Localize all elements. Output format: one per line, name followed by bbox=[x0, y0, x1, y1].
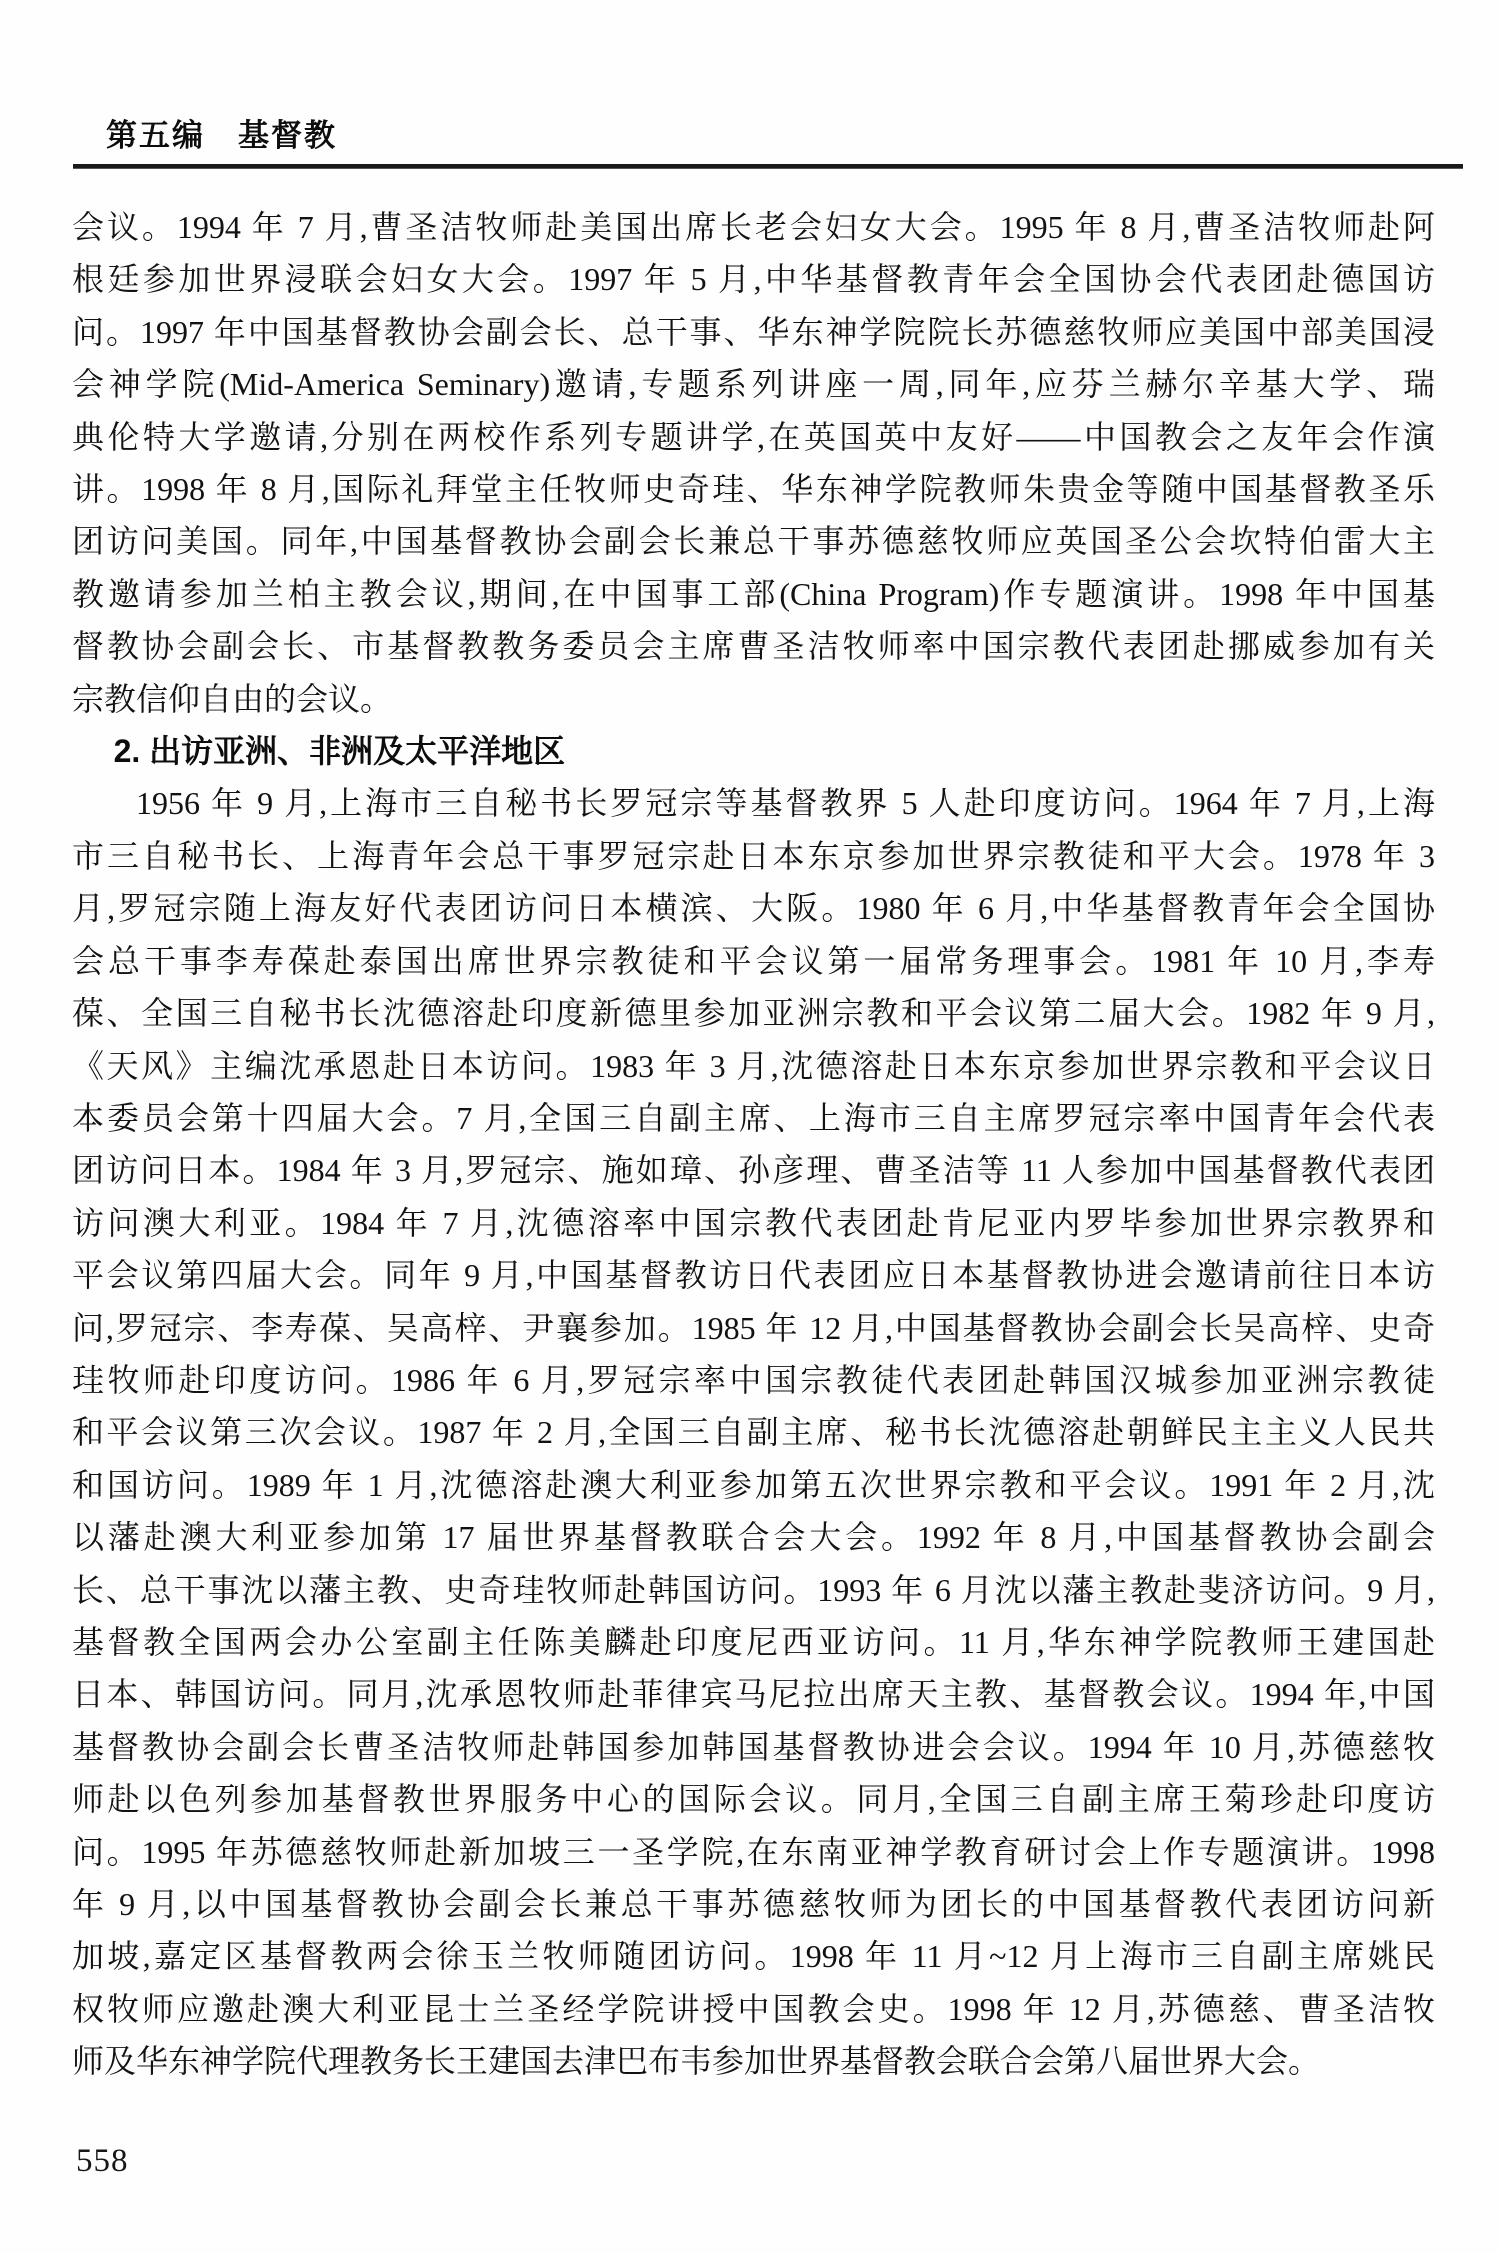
text-line: 问,罗冠宗、李寿葆、吴高梓、尹襄参加。1985 年 12 月,中国基督教协会副会… bbox=[72, 1302, 1435, 1354]
text-line: 和国访问。1989 年 1 月,沈德溶赴澳大利亚参加第五次世界宗教和平会议。19… bbox=[72, 1459, 1435, 1511]
text-line: 讲。1998 年 8 月,国际礼拜堂主任牧师史奇珪、华东神学院教师朱贵金等随中国… bbox=[72, 463, 1435, 515]
text-line: 督教协会副会长、市基督教教务委员会主席曹圣洁牧师率中国宗教代表团赴挪威参加有关 bbox=[72, 620, 1435, 672]
text-line: 本委员会第十四届大会。7 月,全国三自副主席、上海市三自主席罗冠宗率中国青年会代… bbox=[72, 1092, 1435, 1144]
text-line: 珪牧师赴印度访问。1986 年 6 月,罗冠宗率中国宗教徒代表团赴韩国汉城参加亚… bbox=[72, 1354, 1435, 1406]
text-line: 平会议第四届大会。同年 9 月,中国基督教访日代表团应日本基督教协进会邀请前往日… bbox=[72, 1249, 1435, 1301]
text-line: 师赴以色列参加基督教世界服务中心的国际会议。同月,全国三自副主席王菊珍赴印度访 bbox=[72, 1773, 1435, 1825]
text-line: 团访问美国。同年,中国基督教协会副会长兼总干事苏德慈牧师应英国圣公会坎特伯雷大主 bbox=[72, 515, 1435, 567]
text-line: 加坡,嘉定区基督教两会徐玉兰牧师随团访问。1998 年 11 月~12 月上海市… bbox=[72, 1930, 1435, 1982]
header-rule bbox=[73, 164, 1463, 169]
book-page: 第五编 基督教 会议。1994 年 7 月,曹圣洁牧师赴美国出席长老会妇女大会。… bbox=[0, 0, 1500, 2253]
text-line: 团访问日本。1984 年 3 月,罗冠宗、施如璋、孙彦理、曹圣洁等 11 人参加… bbox=[72, 1144, 1435, 1196]
text-line: 问。1997 年中国基督教协会副会长、总干事、华东神学院院长苏德慈牧师应美国中部… bbox=[72, 306, 1435, 358]
text-line: 日本、韩国访问。同月,沈承恩牧师赴菲律宾马尼拉出席天主教、基督教会议。1994 … bbox=[72, 1668, 1435, 1720]
text-line: 根廷参加世界浸联会妇女大会。1997 年 5 月,中华基督教青年会全国协会代表团… bbox=[72, 253, 1435, 305]
text-line: 基督教协会副会长曹圣洁牧师赴韩国参加韩国基督教协进会会议。1994 年 10 月… bbox=[72, 1721, 1435, 1773]
text-line: 和平会议第三次会议。1987 年 2 月,全国三自副主席、秘书长沈德溶赴朝鲜民主… bbox=[72, 1406, 1435, 1458]
text-line: 基督教全国两会办公室副主任陈美麟赴印度尼西亚访问。11 月,华东神学院教师王建国… bbox=[72, 1616, 1435, 1668]
page-number: 558 bbox=[76, 2143, 129, 2180]
text-line: 问。1995 年苏德慈牧师赴新加坡三一圣学院,在东南亚神学教育研讨会上作专题演讲… bbox=[72, 1826, 1435, 1878]
text-line: 师及华东神学院代理教务长王建国去津巴布韦参加世界基督教会联合会第八届世界大会。 bbox=[72, 2035, 1435, 2087]
text-line: 典伦特大学邀请,分别在两校作系列专题讲学,在英国英中友好——中国教会之友年会作演 bbox=[72, 411, 1435, 463]
text-line: 月,罗冠宗随上海友好代表团访问日本横滨、大阪。1980 年 6 月,中华基督教青… bbox=[72, 882, 1435, 934]
text-line: 会神学院(Mid-America Seminary)邀请,专题系列讲座一周,同年… bbox=[72, 358, 1435, 410]
text-line: 访问澳大利亚。1984 年 7 月,沈德溶率中国宗教代表团赴肯尼亚内罗毕参加世界… bbox=[72, 1197, 1435, 1249]
section-heading: 2. 出访亚洲、非洲及太平洋地区 bbox=[72, 725, 1435, 777]
paragraph-overseas-visits-asia-africa-pacific: 1956 年 9 月,上海市三自秘书长罗冠宗等基督教界 5 人赴印度访问。196… bbox=[72, 777, 1435, 2087]
text-line: 《天风》主编沈承恩赴日本访问。1983 年 3 月,沈德溶赴日本东京参加世界宗教… bbox=[72, 1040, 1435, 1092]
text-line: 会议。1994 年 7 月,曹圣洁牧师赴美国出席长老会妇女大会。1995 年 8… bbox=[72, 201, 1435, 253]
text-line: 会总干事李寿葆赴泰国出席世界宗教徒和平会议第一届常务理事会。1981 年 10 … bbox=[72, 935, 1435, 987]
text-line: 长、总干事沈以藩主教、史奇珪牧师赴韩国访问。1993 年 6 月沈以藩主教赴斐济… bbox=[72, 1564, 1435, 1616]
text-line: 1956 年 9 月,上海市三自秘书长罗冠宗等基督教界 5 人赴印度访问。196… bbox=[72, 777, 1435, 829]
text-line: 宗教信仰自由的会议。 bbox=[72, 673, 1435, 725]
text-line: 以藩赴澳大利亚参加第 17 届世界基督教联合会大会。1992 年 8 月,中国基… bbox=[72, 1511, 1435, 1563]
paragraph-overseas-visits-americas-europe: 会议。1994 年 7 月,曹圣洁牧师赴美国出席长老会妇女大会。1995 年 8… bbox=[72, 201, 1435, 725]
running-header: 第五编 基督教 bbox=[106, 110, 337, 155]
text-line: 市三自秘书长、上海青年会总干事罗冠宗赴日本东京参加世界宗教徒和平大会。1978 … bbox=[72, 830, 1435, 882]
text-line: 权牧师应邀赴澳大利亚昆士兰圣经学院讲授中国教会史。1998 年 12 月,苏德慈… bbox=[72, 1983, 1435, 2035]
body-text: 会议。1994 年 7 月,曹圣洁牧师赴美国出席长老会妇女大会。1995 年 8… bbox=[72, 201, 1435, 2088]
text-line: 教邀请参加兰柏主教会议,期间,在中国事工部(China Program)作专题演… bbox=[72, 568, 1435, 620]
text-line: 葆、全国三自秘书长沈德溶赴印度新德里参加亚洲宗教和平会议第二届大会。1982 年… bbox=[72, 987, 1435, 1039]
text-line: 年 9 月,以中国基督教协会副会长兼总干事苏德慈牧师为团长的中国基督教代表团访问… bbox=[72, 1878, 1435, 1930]
